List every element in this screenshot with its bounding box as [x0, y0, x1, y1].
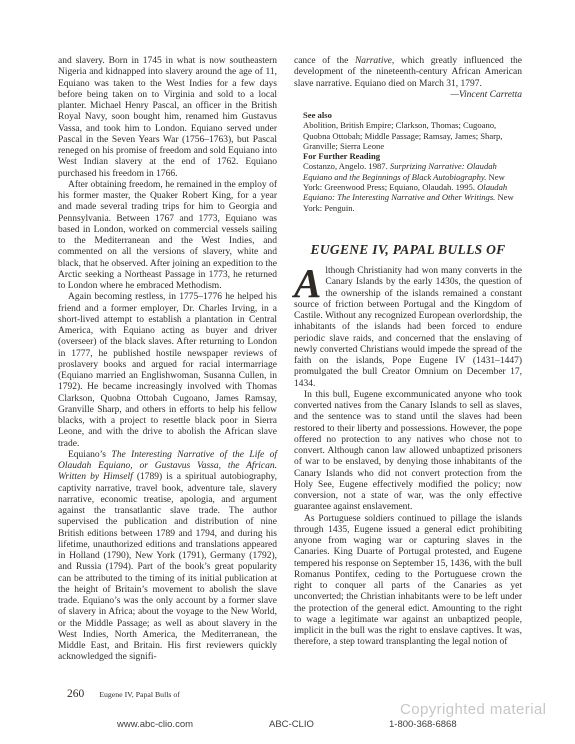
- paragraph: Although Christianity had won many conve…: [294, 266, 522, 390]
- paragraph: cance of the Narrative, which greatly in…: [294, 56, 522, 90]
- left-column: and slavery. Born in 1745 in what is now…: [58, 56, 277, 664]
- article-body: Although Christianity had won many conve…: [294, 266, 522, 649]
- further-reading-list: Costanzo, Angelo. 1987. Surprizing Narra…: [303, 161, 522, 212]
- article-continuation: cance of the Narrative, which greatly in…: [294, 56, 522, 90]
- footer-phone: 1-800-368-6868: [389, 719, 457, 730]
- page-number: 260: [67, 688, 84, 700]
- right-column: cance of the Narrative, which greatly in…: [294, 56, 522, 649]
- drop-cap: A: [294, 266, 325, 299]
- publisher-contact-bar: www.abc-clio.com ABC-CLIO 1-800-368-6868: [0, 719, 575, 733]
- paragraph: As Portuguese soldiers continued to pill…: [294, 514, 522, 649]
- article-title: EUGENE IV, PAPAL BULLS OF: [294, 244, 522, 255]
- footer-website: www.abc-clio.com: [117, 719, 193, 730]
- footer-publisher: ABC-CLIO: [269, 719, 314, 730]
- copyright-watermark: Copyrighted material: [400, 701, 546, 718]
- paragraph: and slavery. Born in 1745 in what is now…: [58, 56, 277, 180]
- paragraph: Costanzo, Angelo. 1987. Surprizing Narra…: [303, 161, 522, 212]
- running-footer: 260 Eugene IV, Papal Bulls of: [67, 684, 180, 702]
- paragraph: In this bull, Eugene excommunicated anyo…: [294, 390, 522, 514]
- paragraph: After obtaining freedom, he remained in …: [58, 180, 277, 293]
- paragraph: Again becoming restless, in 1775–1776 he…: [58, 292, 277, 450]
- see-also-section: See also Abolition, British Empire; Clar…: [303, 110, 522, 213]
- running-title: Eugene IV, Papal Bulls of: [99, 690, 180, 699]
- book-page: and slavery. Born in 1745 in what is now…: [0, 0, 575, 744]
- further-reading-label: For Further Reading: [303, 151, 522, 161]
- paragraph: Equiano’s The Interesting Narrative of t…: [58, 450, 277, 664]
- author-attribution: —Vincent Carretta: [294, 90, 522, 101]
- see-also-list: Abolition, British Empire; Clarkson, Tho…: [303, 120, 522, 151]
- see-also-label: See also: [303, 110, 522, 120]
